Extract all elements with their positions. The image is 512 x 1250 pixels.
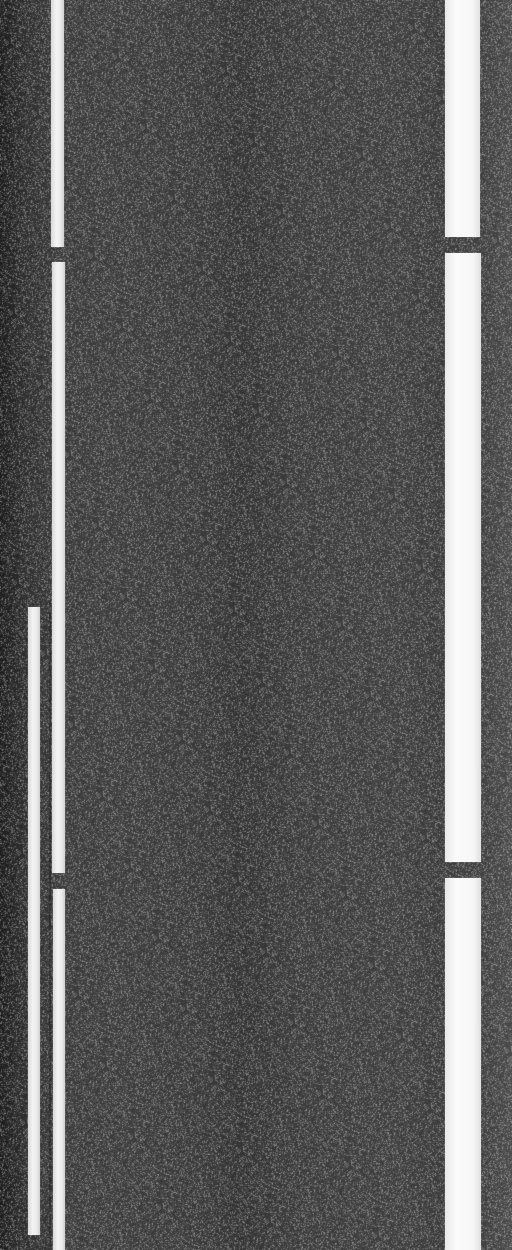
- pavement-crack: [49, 600, 51, 1250]
- asphalt-texture: [0, 0, 512, 1250]
- left-edge-line-segment-1: [51, 0, 64, 247]
- left-edge-line-segment-2: [52, 262, 65, 873]
- left-inner-line: [28, 607, 40, 1235]
- left-edge-line-segment-3: [53, 889, 65, 1250]
- right-lane-line-segment-1: [445, 0, 480, 237]
- right-lane-line-segment-2: [445, 253, 481, 862]
- right-lane-line-segment-3: [445, 878, 481, 1250]
- road-surface: [0, 0, 512, 1250]
